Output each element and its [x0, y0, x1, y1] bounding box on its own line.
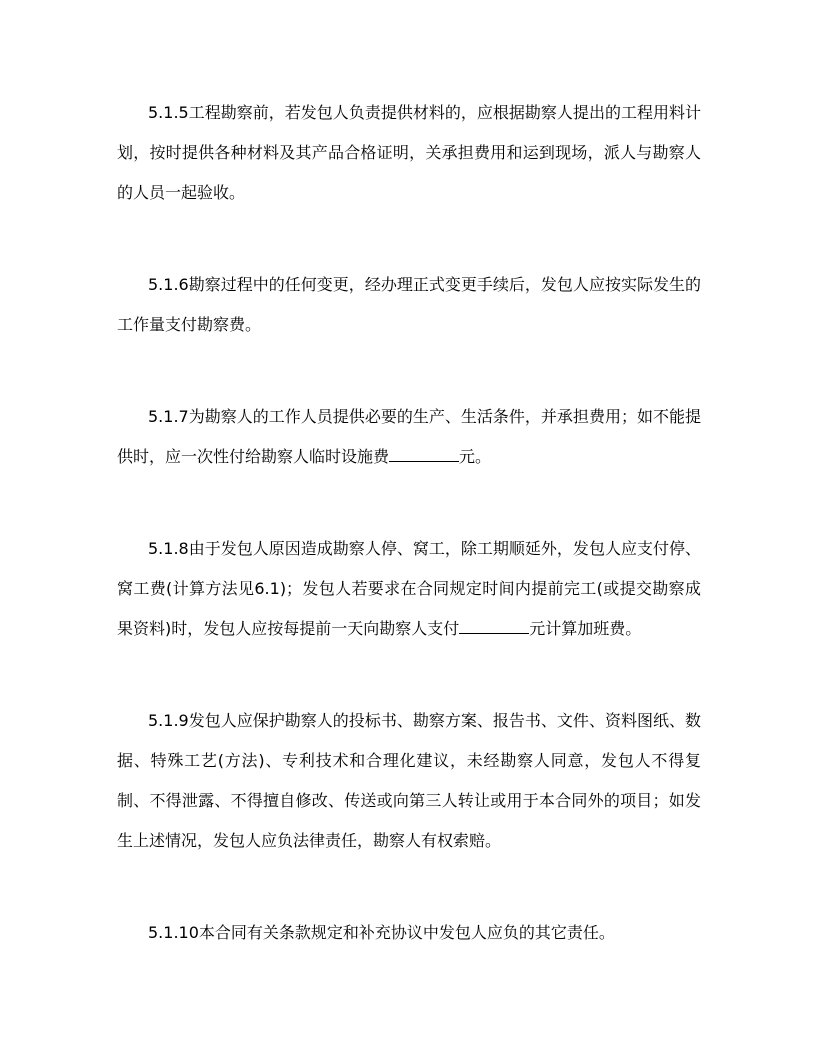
clause-5-1-6: 5.1.6勘察过程中的任何变更，经办理正式变更手续后，发包人应按实际发生的工作量…: [117, 265, 701, 345]
clause-text-suffix: 元。: [459, 447, 491, 466]
clause-5-1-10: 5.1.10本合同有关条款规定和补充协议中发包人应负的其它责任。: [117, 913, 701, 953]
clause-text-suffix: 元计算加班费。: [529, 619, 641, 638]
fill-in-blank-overtime-fee: [459, 619, 529, 634]
clause-text: 5.1.6勘察过程中的任何变更，经办理正式变更手续后，发包人应按实际发生的工作量…: [117, 275, 701, 334]
clause-5-1-5: 5.1.5工程勘察前，若发包人负责提供材料的，应根据勘察人提出的工程用料计划，按…: [117, 93, 701, 213]
clause-text: 5.1.10本合同有关条款规定和补充协议中发包人应负的其它责任。: [148, 923, 615, 942]
fill-in-blank-temporary-facility-fee: [389, 447, 459, 462]
clause-text: 5.1.5工程勘察前，若发包人负责提供材料的，应根据勘察人提出的工程用料计划，按…: [117, 103, 701, 202]
clause-text: 5.1.9发包人应保护勘察人的投标书、勘察方案、报告书、文件、资料图纸、数据、特…: [117, 711, 701, 850]
clause-5-1-8: 5.1.8由于发包人原因造成勘察人停、窝工，除工期顺延外，发包人应支付停、窝工费…: [117, 529, 701, 649]
document-page: 5.1.5工程勘察前，若发包人负责提供材料的，应根据勘察人提出的工程用料计划，按…: [117, 93, 701, 1005]
clause-5-1-9: 5.1.9发包人应保护勘察人的投标书、勘察方案、报告书、文件、资料图纸、数据、特…: [117, 701, 701, 861]
clause-5-1-7: 5.1.7为勘察人的工作人员提供必要的生产、生活条件，并承担费用；如不能提供时，…: [117, 397, 701, 477]
